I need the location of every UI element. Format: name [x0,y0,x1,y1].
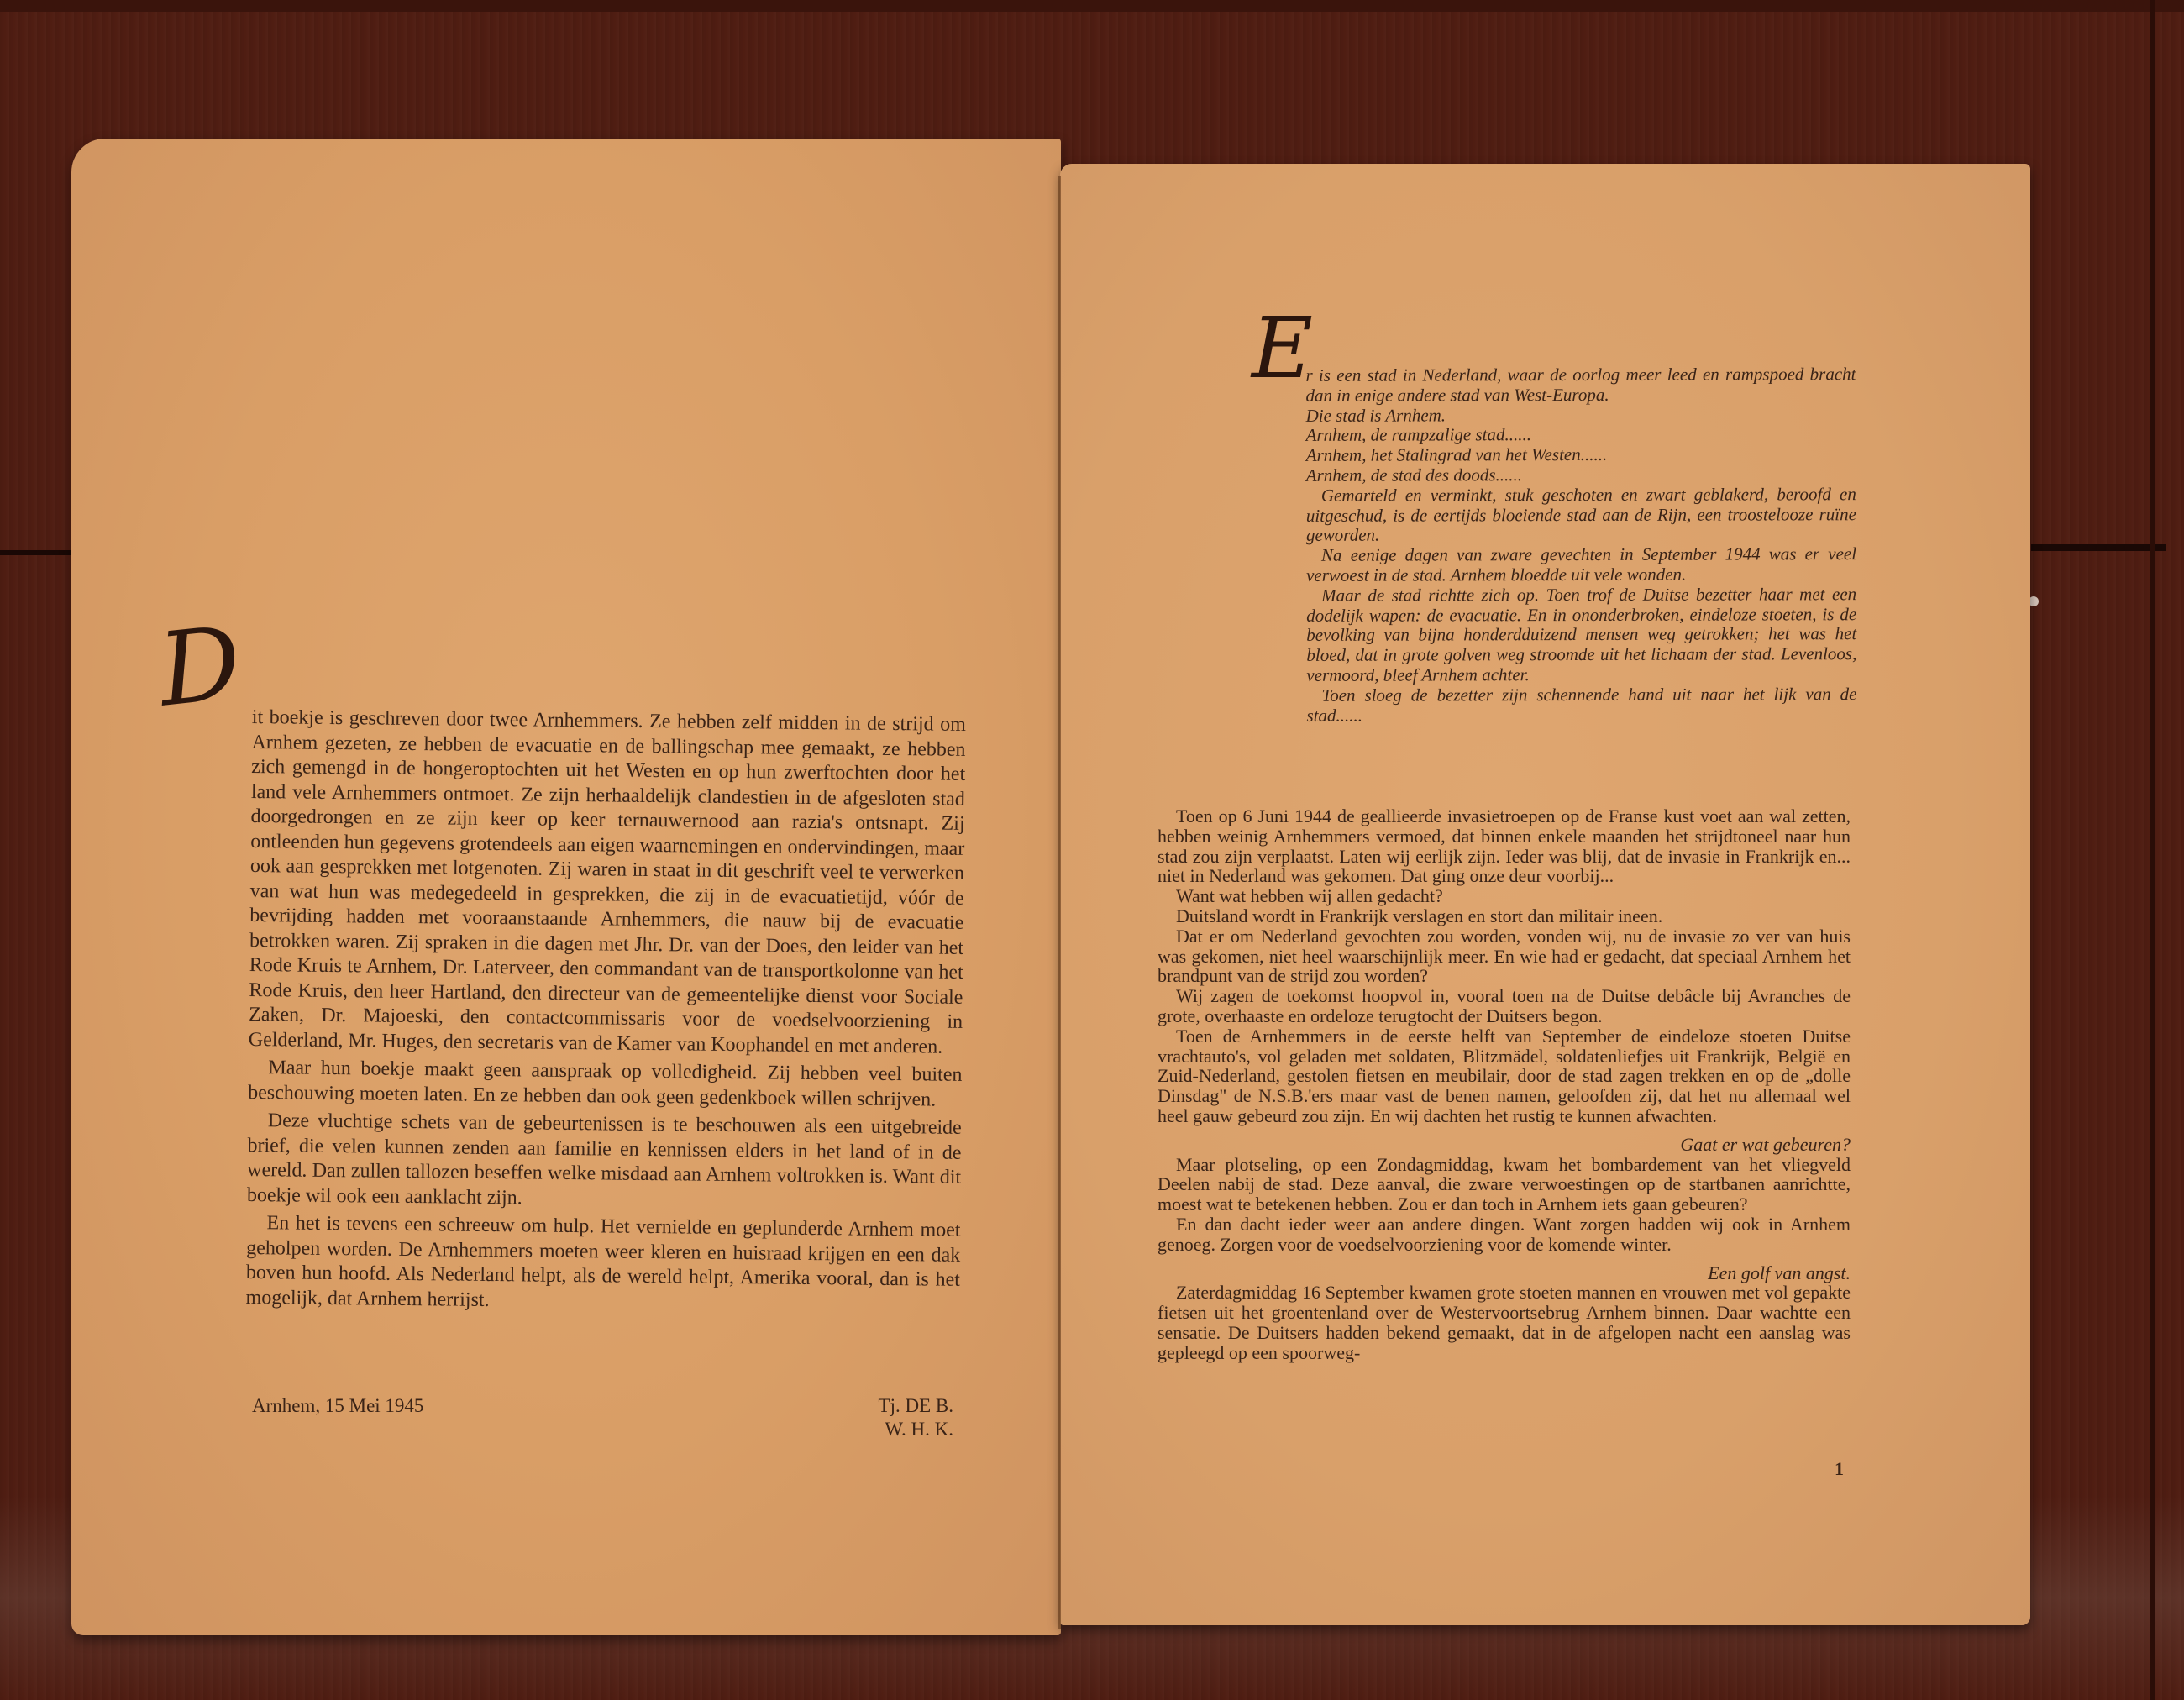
left-drop-cap: D [155,613,245,721]
intro-paragraph: Na eenige dagen van zware gevechten in S… [1306,544,1856,585]
body-paragraph: Zaterdagmiddag 16 September kwamen grote… [1158,1283,1851,1362]
intro-line: Die stad is Arnhem. [1306,405,1856,427]
body-paragraph: Wij zagen de toekomst hoopvol in, vooral… [1158,986,1851,1026]
place-date: Arnhem, 15 Mei 1945 [252,1394,423,1418]
intro-line: r is een stad in Nederland, waar de oorl… [1305,365,1856,406]
left-paragraph: Maar hun boekje maakt geen aanspraak op … [248,1056,963,1113]
body-paragraph: Toen de Arnhemmers in de eerste helft va… [1158,1026,1851,1126]
left-paragraph: Deze vluchtige schets van de gebeurtenis… [247,1109,962,1215]
page-number: 1 [1835,1458,1844,1480]
book-spine [1058,176,1061,1629]
right-italic-intro: r is een stad in Nederland, waar de oorl… [1305,365,1856,726]
table-crack [2150,0,2155,1700]
body-paragraph: En dan dacht ieder weer aan andere dinge… [1158,1215,1851,1255]
author-initial-1: Tj. DE B. [879,1394,953,1418]
left-page-body: it boekje is geschreven door twee Arnhem… [245,706,965,1318]
left-paragraph: it boekje is geschreven door twee Arnhem… [249,706,966,1060]
left-paragraph: En het is tevens een schreeuw om hulp. H… [245,1211,960,1318]
table-crack [2031,544,2166,551]
author-initials: Tj. DE B. W. H. K. [879,1394,953,1441]
intro-line: Arnhem, de rampzalige stad...... [1306,425,1856,447]
intro-paragraph: Maar de stad richtte zich op. Toen trof … [1306,585,1856,686]
intro-paragraph: Gemarteld en verminkt, stuk geschoten en… [1306,485,1856,546]
right-page-body: Toen op 6 Juni 1944 de geallieerde invas… [1158,806,1851,1363]
author-initial-2: W. H. K. [879,1418,953,1441]
body-paragraph: Duitsland wordt in Frankrijk verslagen e… [1158,906,1851,926]
body-paragraph: Toen op 6 Juni 1944 de geallieerde invas… [1158,806,1851,886]
body-paragraph: Dat er om Nederland gevochten zou worden… [1158,926,1851,986]
intro-paragraph: Toen sloeg de bezetter zijn schennende h… [1306,685,1856,726]
intro-line: Arnhem, het Stalingrad van het Westen...… [1306,444,1856,466]
table-crack [0,550,76,555]
section-subheading: Een golf van angst. [1158,1263,1851,1283]
section-subheading: Gaat er wat gebeuren? [1158,1135,1851,1155]
intro-line: Arnhem, de stad des doods...... [1306,464,1856,486]
table-edge [0,0,2184,12]
right-drop-cap: E [1252,307,1313,391]
body-paragraph: Maar plotseling, op een Zondagmiddag, kw… [1158,1155,1851,1215]
body-paragraph: Want wat hebben wij allen gedacht? [1158,886,1851,906]
